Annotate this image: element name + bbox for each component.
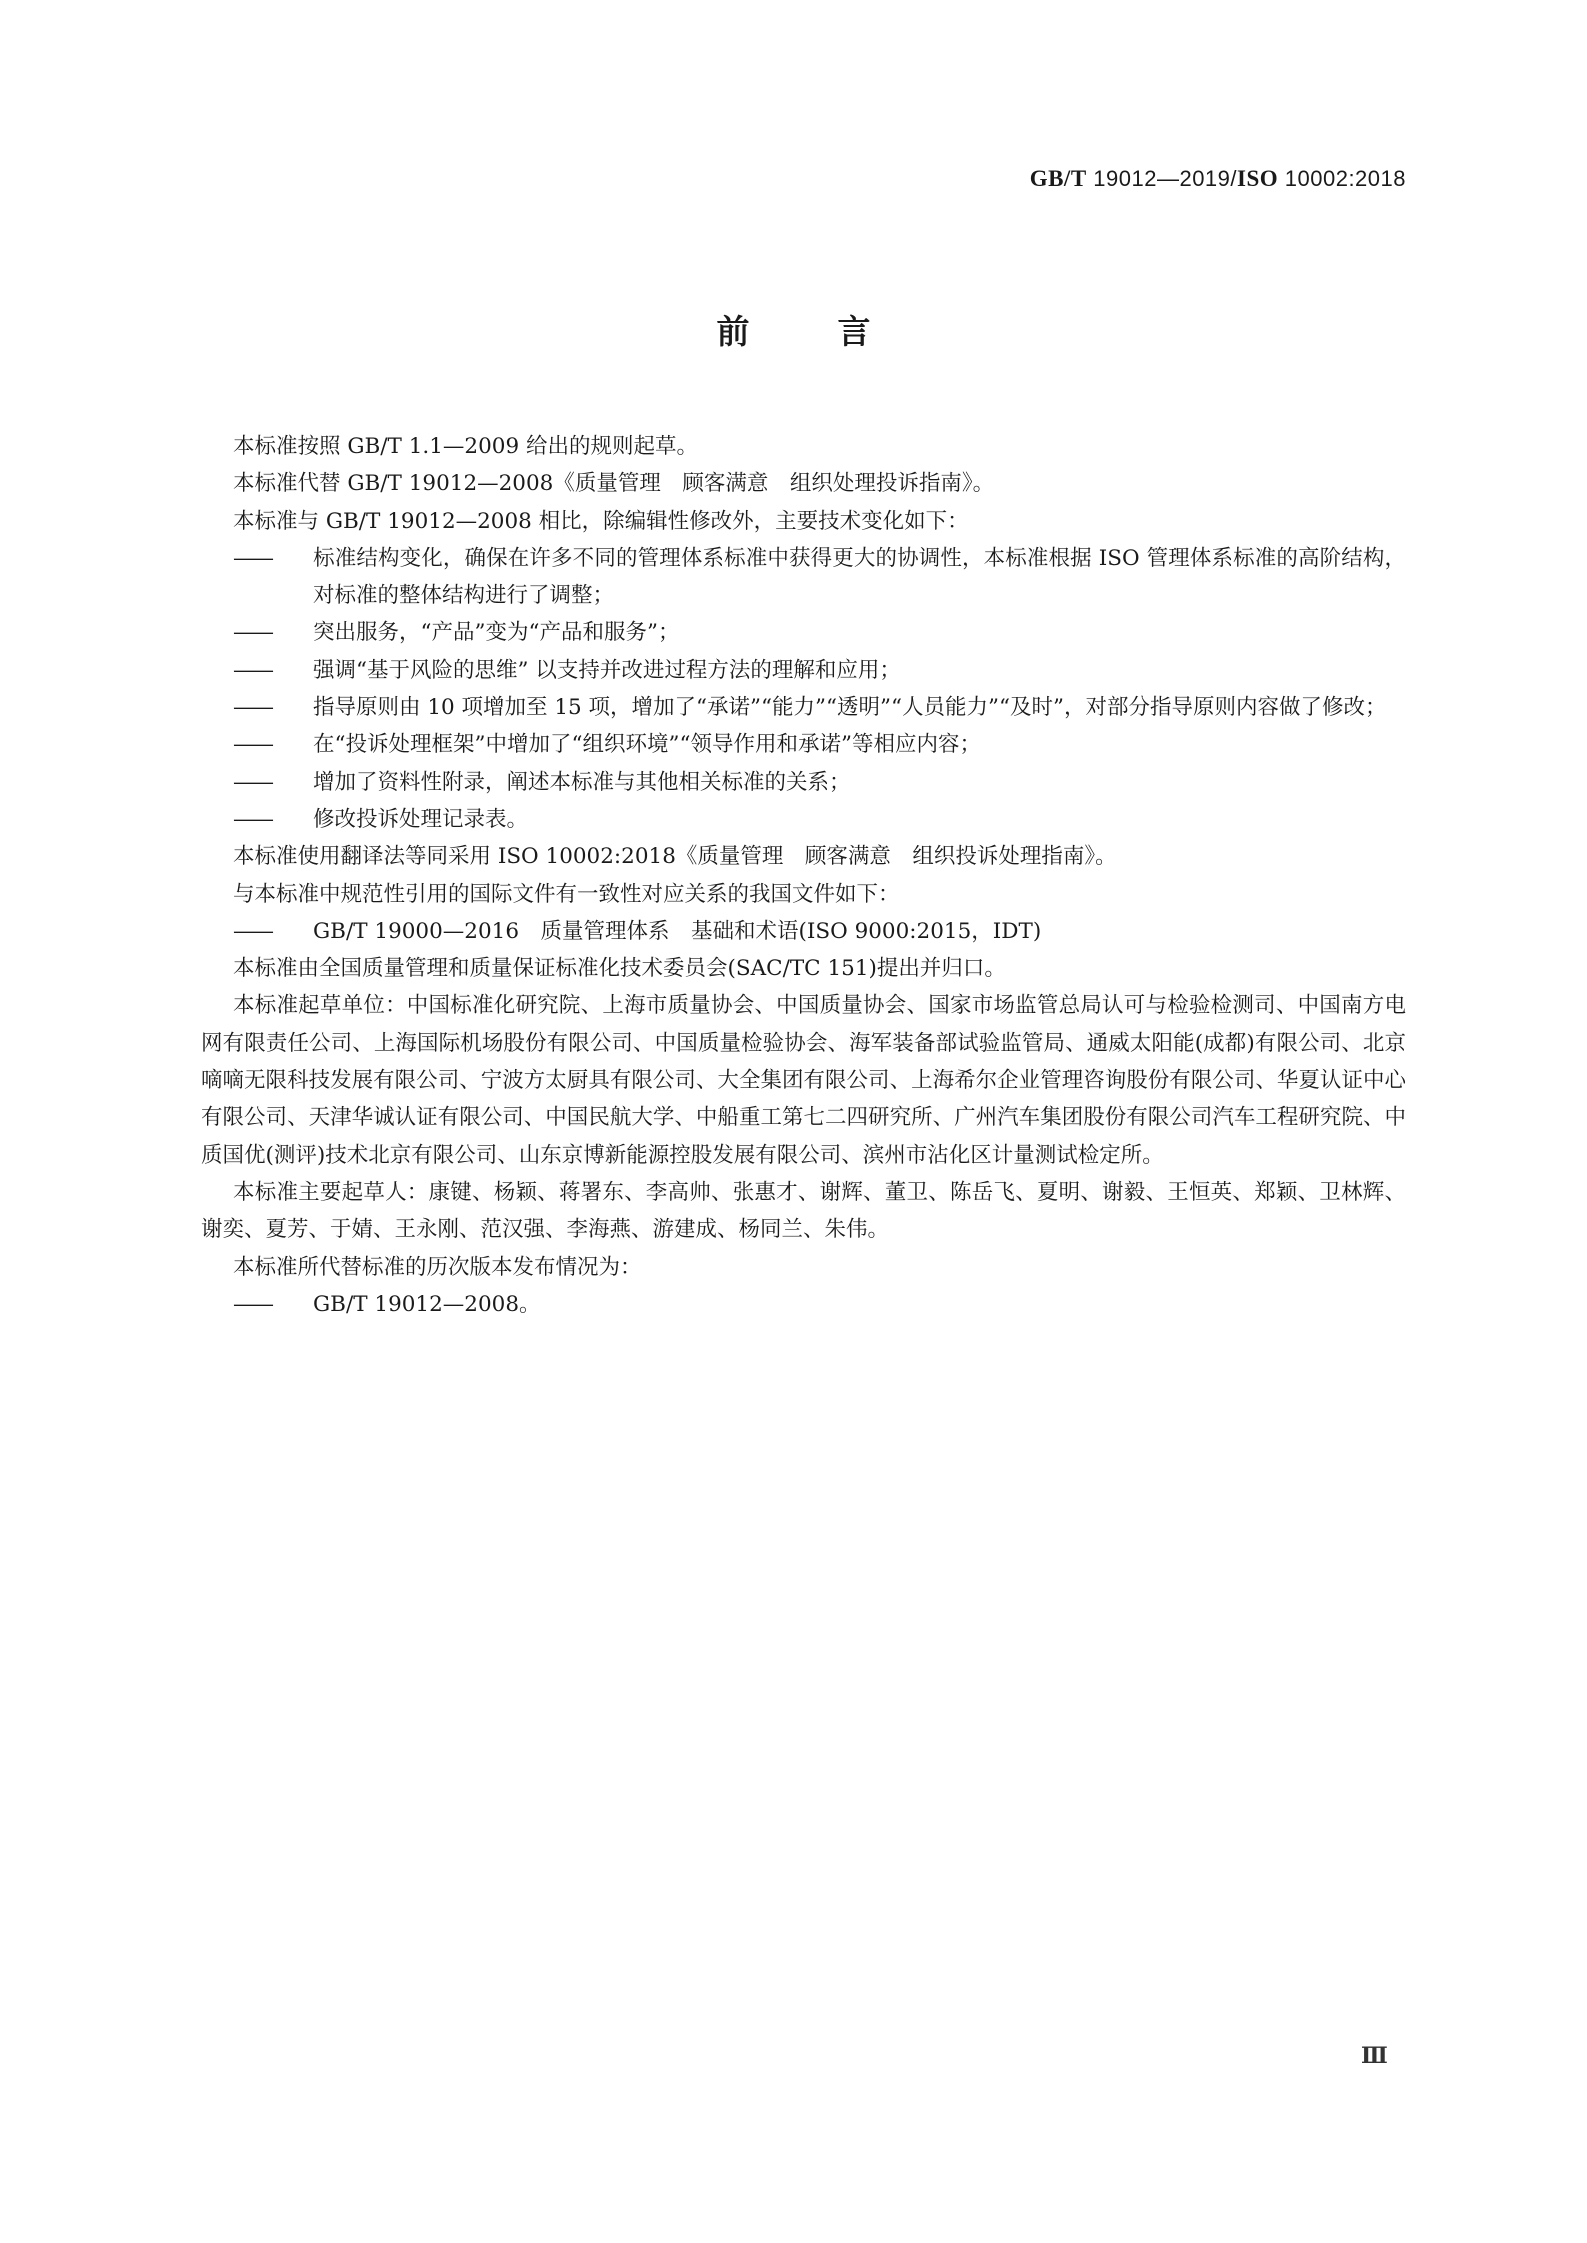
change-item-text: 修改投诉处理记录表。 bbox=[313, 807, 528, 832]
paragraph-drafting-rules: 本标准按照 GB/T 1.1—2009 给出的规则起草。 bbox=[201, 428, 1406, 465]
change-item: ——在“投诉处理框架”中增加了“组织环境”“领导作用和承诺”等相应内容； bbox=[233, 726, 1406, 763]
em-dash: —— bbox=[233, 764, 313, 801]
header-iso-prefix: ISO bbox=[1237, 166, 1278, 191]
paragraph-proposer: 本标准由全国质量管理和质量保证标准化技术委员会(SAC/TC 151)提出并归口… bbox=[201, 950, 1406, 987]
paragraph-drafting-units: 本标准起草单位：中国标准化研究院、上海市质量协会、中国质量协会、国家市场监管总局… bbox=[201, 987, 1406, 1173]
em-dash: —— bbox=[233, 540, 313, 577]
em-dash: —— bbox=[233, 689, 313, 726]
change-item: ——突出服务，“产品”变为“产品和服务”； bbox=[233, 614, 1406, 651]
em-dash: —— bbox=[233, 913, 313, 950]
paragraph-adoption: 本标准使用翻译法等同采用 ISO 10002:2018《质量管理 顾客满意 组织… bbox=[201, 838, 1406, 875]
em-dash: —— bbox=[233, 726, 313, 763]
change-item-text: 在“投诉处理框架”中增加了“组织环境”“领导作用和承诺”等相应内容； bbox=[313, 732, 981, 757]
change-item: ——增加了资料性附录，阐述本标准与其他相关标准的关系； bbox=[233, 764, 1406, 801]
reference-item-text: GB/T 19000—2016 质量管理体系 基础和术语(ISO 9000:20… bbox=[313, 919, 1041, 944]
change-item-text: 突出服务，“产品”变为“产品和服务”； bbox=[313, 620, 679, 645]
change-item-text: 增加了资料性附录，阐述本标准与其他相关标准的关系； bbox=[313, 770, 851, 795]
em-dash: —— bbox=[233, 652, 313, 689]
header-standard-prefix: GB/T bbox=[1030, 166, 1087, 191]
change-item-text: 强调“基于风险的思维” 以支持并改进过程方法的理解和应用； bbox=[313, 658, 901, 683]
change-item: ——修改投诉处理记录表。 bbox=[233, 801, 1406, 838]
change-item: ——指导原则由 10 项增加至 15 项，增加了“承诺”“能力”“透明”“人员能… bbox=[233, 689, 1406, 726]
em-dash: —— bbox=[233, 801, 313, 838]
history-item-text: GB/T 19012—2008。 bbox=[313, 1292, 541, 1317]
page-number: Ⅲ bbox=[1361, 2043, 1388, 2069]
header-iso-number: 10002:2018 bbox=[1278, 166, 1406, 191]
paragraph-changes-intro: 本标准与 GB/T 19012—2008 相比，除编辑性修改外，主要技术变化如下… bbox=[201, 503, 1406, 540]
paragraph-references-intro: 与本标准中规范性引用的国际文件有一致性对应关系的我国文件如下： bbox=[201, 876, 1406, 913]
header-standard-number: 19012—2019/ bbox=[1087, 166, 1237, 191]
page-title: 前言 bbox=[0, 306, 1587, 353]
paragraph-drafters: 本标准主要起草人：康键、杨颖、蒋署东、李高帅、张惠才、谢辉、董卫、陈岳飞、夏明、… bbox=[201, 1174, 1406, 1249]
reference-item: ——GB/T 19000—2016 质量管理体系 基础和术语(ISO 9000:… bbox=[233, 913, 1406, 950]
title-char-1: 前 bbox=[717, 306, 750, 353]
title-char-2: 言 bbox=[838, 306, 871, 353]
em-dash: —— bbox=[233, 1286, 313, 1323]
change-item-text: 指导原则由 10 项增加至 15 项，增加了“承诺”“能力”“透明”“人员能力”… bbox=[313, 695, 1386, 720]
history-item: ——GB/T 19012—2008。 bbox=[233, 1286, 1406, 1323]
paragraph-replaces: 本标准代替 GB/T 19012—2008《质量管理 顾客满意 组织处理投诉指南… bbox=[201, 465, 1406, 502]
document-body: 本标准按照 GB/T 1.1—2009 给出的规则起草。 本标准代替 GB/T … bbox=[201, 428, 1406, 1323]
change-item-text: 标准结构变化，确保在许多不同的管理体系标准中获得更大的协调性，本标准根据 ISO… bbox=[313, 546, 1406, 608]
paragraph-history-intro: 本标准所代替标准的历次版本发布情况为： bbox=[201, 1249, 1406, 1286]
change-item: ——标准结构变化，确保在许多不同的管理体系标准中获得更大的协调性，本标准根据 I… bbox=[233, 540, 1406, 615]
change-item: ——强调“基于风险的思维” 以支持并改进过程方法的理解和应用； bbox=[233, 652, 1406, 689]
em-dash: —— bbox=[233, 614, 313, 651]
document-header: GB/T 19012—2019/ISO 10002:2018 bbox=[1030, 166, 1406, 192]
